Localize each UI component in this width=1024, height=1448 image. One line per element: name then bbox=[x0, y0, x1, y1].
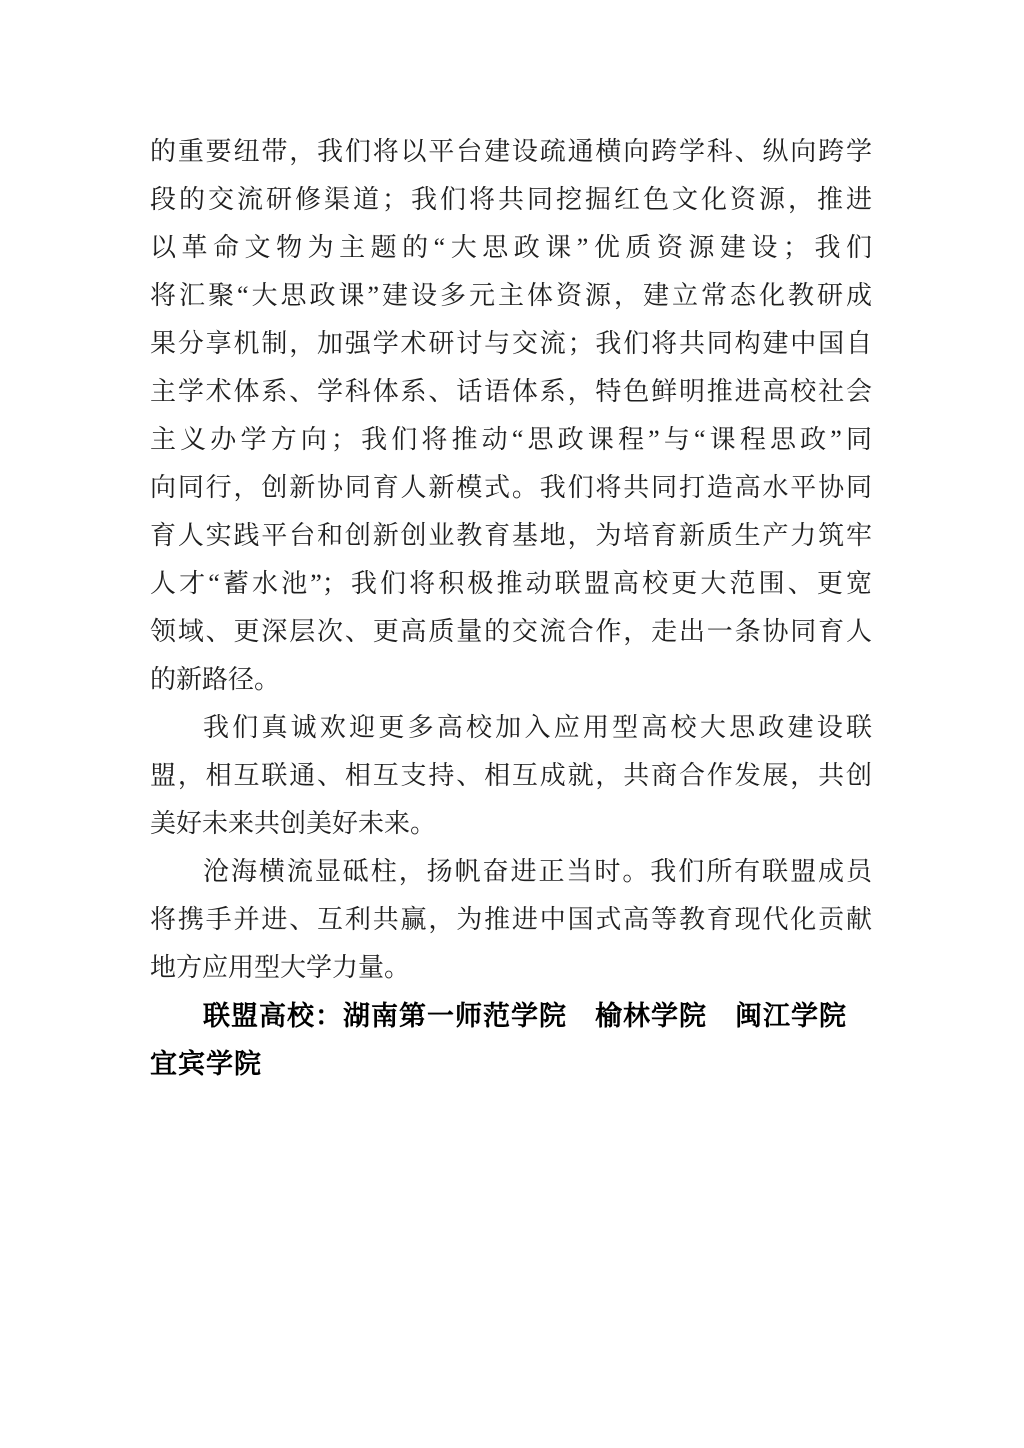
text-line: 将汇聚“大思政课”建设多元主体资源，建立常态化教研成 bbox=[150, 272, 872, 320]
text-line: 以革命文物为主题的“大思政课”优质资源建设；我们 bbox=[150, 224, 872, 272]
text-line: 向同行，创新协同育人新模式。我们将共同打造高水平协同 bbox=[150, 464, 872, 512]
text-line: 果分享机制，加强学术研讨与交流；我们将共同构建中国自 bbox=[150, 320, 872, 368]
alliance-universities-line: 联盟高校：湖南第一师范学院 榆林学院 闽江学院 bbox=[150, 992, 872, 1040]
text-line: 领域、更深层次、更高质量的交流合作，走出一条协同育人 bbox=[150, 608, 872, 656]
document-body: 的重要纽带，我们将以平台建设疏通横向跨学科、纵向跨学 段的交流研修渠道；我们将共… bbox=[150, 128, 872, 1088]
text-line: 人才“蓄水池”；我们将积极推动联盟高校更大范围、更宽 bbox=[150, 560, 872, 608]
text-line: 主学术体系、学科体系、话语体系，特色鲜明推进高校社会 bbox=[150, 368, 872, 416]
text-line: 的重要纽带，我们将以平台建设疏通横向跨学科、纵向跨学 bbox=[150, 128, 872, 176]
alliance-universities-line: 宜宾学院 bbox=[150, 1040, 872, 1088]
text-line: 我们真诚欢迎更多高校加入应用型高校大思政建设联 bbox=[150, 704, 872, 752]
text-line: 地方应用型大学力量。 bbox=[150, 944, 872, 992]
text-line: 育人实践平台和创新创业教育基地，为培育新质生产力筑牢 bbox=[150, 512, 872, 560]
text-line: 主义办学方向；我们将推动“思政课程”与“课程思政”同 bbox=[150, 416, 872, 464]
text-line: 美好未来共创美好未来。 bbox=[150, 800, 872, 848]
text-line: 将携手并进、互利共赢，为推进中国式高等教育现代化贡献 bbox=[150, 896, 872, 944]
text-line: 段的交流研修渠道；我们将共同挖掘红色文化资源，推进 bbox=[150, 176, 872, 224]
document-page: 的重要纽带，我们将以平台建设疏通横向跨学科、纵向跨学 段的交流研修渠道；我们将共… bbox=[0, 0, 1024, 1448]
text-line: 的新路径。 bbox=[150, 656, 872, 704]
text-line: 盟，相互联通、相互支持、相互成就，共商合作发展，共创 bbox=[150, 752, 872, 800]
text-line: 沧海横流显砥柱，扬帆奋进正当时。我们所有联盟成员 bbox=[150, 848, 872, 896]
